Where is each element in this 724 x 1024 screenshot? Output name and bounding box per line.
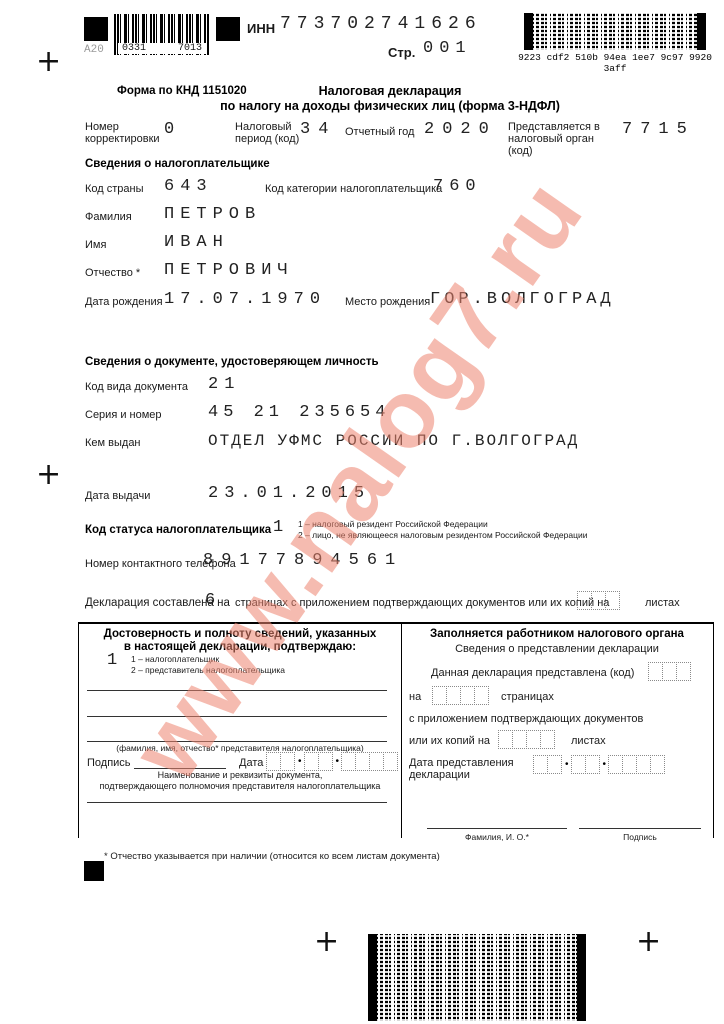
submission-date-label: Дата представления декларации [409, 757, 519, 781]
official-surname-line[interactable] [427, 828, 567, 829]
signature-label: Подпись [87, 757, 131, 769]
copies-label: или их копий на [409, 735, 490, 747]
doc-issued-by-label: Кем выдан [85, 437, 141, 449]
confirm-title-line2: в настоящей декларации, подтверждаю: [79, 641, 401, 654]
taxpayer-section-title: Сведения о налогоплательщике [85, 158, 270, 171]
correction-number-value[interactable]: 0 [164, 121, 180, 139]
attachment-sheets-field[interactable] [578, 591, 620, 610]
form-barcode-num2: 7013 [178, 43, 202, 54]
birthdate-label: Дата рождения [85, 296, 163, 308]
doc-issue-date-label: Дата выдачи [85, 490, 150, 502]
confirm-note-2: 2 – представитель налогоплательщика [131, 665, 285, 676]
cell [605, 591, 620, 610]
dot-separator: • [603, 759, 607, 770]
authority-doc-caption-2: подтверждающего полномочия представителя… [79, 781, 401, 792]
signature-date-field[interactable]: •• [267, 752, 398, 771]
cell [460, 686, 475, 705]
date-day-cells [267, 752, 295, 771]
page-number-value: 001 [423, 40, 472, 58]
registration-cross-mid-left: + [36, 465, 61, 485]
date-day-cells [534, 755, 562, 774]
taxpayer-category-value[interactable]: 760 [433, 178, 482, 196]
official-sheets-label: листах [571, 735, 606, 747]
pdf417-barcode-bottom [368, 934, 586, 1021]
cell [540, 730, 555, 749]
taxpayer-category-label: Код категории налогоплательщика [265, 183, 442, 195]
cell [577, 591, 592, 610]
dot-separator: • [565, 759, 569, 770]
page-number-label: Стр. [388, 45, 415, 60]
form-barcode-numbers: 0331 7013 [118, 43, 206, 54]
date-month-cells [572, 755, 600, 774]
confirm-code-value[interactable]: 1 [107, 652, 117, 670]
official-sheets-field[interactable] [499, 730, 555, 749]
cell [280, 752, 295, 771]
cell [355, 752, 370, 771]
surname-value[interactable]: ПЕТРОВ [164, 206, 261, 224]
country-code-label: Код страны [85, 183, 144, 195]
cell [369, 752, 384, 771]
pages-line-middle: страницах с приложением подтверждающих д… [235, 597, 609, 609]
taxpayer-status-value[interactable]: 1 [273, 519, 283, 537]
firstname-label: Имя [85, 239, 106, 251]
submitted-code-field[interactable] [649, 662, 691, 681]
registration-cross-top-left: + [36, 52, 61, 72]
cell [383, 752, 398, 771]
tax-authority-label: Представляется в налоговый орган (код) [508, 121, 620, 157]
cell [547, 755, 562, 774]
cell [622, 755, 637, 774]
form-barcode: 0331 7013 [114, 14, 210, 55]
date-year-cells [609, 755, 665, 774]
pdf417-barcode-top [524, 13, 706, 50]
cell [341, 752, 356, 771]
doc-series-label: Серия и номер [85, 409, 162, 421]
confirm-title-line1: Достоверность и полноту сведений, указан… [79, 628, 401, 641]
declaration-submitted-label: Данная декларация представлена (код) [431, 667, 634, 679]
status-note-1: 1 – налоговый резидент Российской Федера… [298, 519, 488, 530]
birthplace-value[interactable]: ГОР.ВОЛГОГРАД [430, 291, 615, 309]
dot-separator: • [336, 756, 340, 767]
submission-date-field[interactable]: •• [534, 755, 665, 774]
cell [526, 730, 541, 749]
form-version-label: A20 [84, 44, 104, 56]
date-year-cells [342, 752, 398, 771]
representative-name-line-2[interactable] [87, 716, 387, 717]
cell [266, 752, 281, 771]
registration-cross-bottom-left: + [314, 932, 339, 952]
form-barcode-num1: 0331 [122, 43, 146, 54]
registration-square-bottom-left [84, 861, 104, 881]
official-title: Заполняется работником налогового органа [401, 628, 713, 641]
cell [650, 755, 665, 774]
authority-doc-line[interactable] [87, 802, 387, 803]
section-divider [401, 624, 402, 838]
birthdate-value[interactable]: 17.07.1970 [164, 291, 326, 309]
taxpayer-status-label: Код статуса налогоплательщика [85, 524, 271, 537]
cell [318, 752, 333, 771]
official-pages-field[interactable] [433, 686, 489, 705]
cell [432, 686, 447, 705]
authority-doc-caption-1: Наименование и реквизиты документа, [79, 770, 401, 781]
tax-period-value[interactable]: 34 [300, 121, 336, 139]
cell [446, 686, 461, 705]
birthplace-label: Место рождения [345, 296, 430, 308]
official-signature-caption: Подпись [579, 832, 701, 843]
surname-label: Фамилия [85, 211, 132, 223]
doc-issued-by-value[interactable]: ОТДЕЛ УФМС РОССИИ ПО Г.ВОЛГОГРАД [208, 432, 579, 450]
pages-line-suffix: листах [645, 597, 680, 609]
registration-square-top-left [84, 17, 108, 41]
cell [591, 591, 606, 610]
cell [636, 755, 651, 774]
registration-cross-bottom-right: + [636, 932, 661, 952]
doc-type-code-label: Код вида документа [85, 381, 188, 393]
form-title-line1: Налоговая декларация [190, 85, 590, 98]
cell [498, 730, 513, 749]
registration-square-top-mid [216, 17, 240, 41]
footnote: * Отчество указывается при наличии (отно… [104, 851, 440, 862]
pages-count-value[interactable]: 6 [205, 592, 215, 610]
official-pages-label: страницах [501, 691, 554, 703]
signature-line[interactable] [134, 755, 226, 769]
document-section-title: Сведения о документе, удостоверяющем лич… [85, 356, 379, 369]
confirm-note-1: 1 – налогоплательщик [131, 654, 219, 665]
tax-authority-value[interactable]: 7715 [622, 121, 695, 139]
cell [474, 686, 489, 705]
official-surname-caption: Фамилия, И. О.* [427, 832, 567, 843]
patronymic-label: Отчество * [85, 267, 140, 279]
form-title-line2: по налогу на доходы физических лиц (форм… [120, 100, 660, 113]
tax-declaration-page: + + + + 0331 7013 A20 ИНН 773702741626 С… [0, 0, 724, 1024]
cell [533, 755, 548, 774]
status-note-2: 2 – лицо, не являющееся налоговым резиде… [298, 530, 587, 541]
pdf417-caption: 9223 cdf2 510b 94ea 1ee7 9c97 9920 3aff [518, 52, 712, 74]
report-year-label: Отчетный год [345, 126, 414, 138]
attach-docs-label: с приложением подтверждающих документов [409, 713, 643, 725]
representative-name-line-3[interactable] [87, 741, 387, 742]
dot-separator: • [298, 756, 302, 767]
cell [585, 755, 600, 774]
signature-section: Достоверность и полноту сведений, указан… [78, 622, 714, 838]
doc-type-code-value[interactable]: 21 [208, 376, 240, 394]
on-label: на [409, 691, 421, 703]
official-subtitle: Сведения о представлении декларации [401, 643, 713, 655]
signature-date-label: Дата [239, 757, 263, 769]
representative-name-line-1[interactable] [87, 690, 387, 691]
cell [512, 730, 527, 749]
cell [662, 662, 677, 681]
doc-series-value[interactable]: 45 21 235654 [208, 404, 390, 422]
correction-number-label: Номер корректировки [85, 121, 157, 145]
doc-issue-date-value[interactable]: 23.01.2015 [208, 485, 370, 503]
country-code-value[interactable]: 643 [164, 178, 213, 196]
firstname-value[interactable]: ИВАН [164, 234, 229, 252]
report-year-value[interactable]: 2020 [424, 121, 497, 139]
cell [571, 755, 586, 774]
patronymic-value[interactable]: ПЕТРОВИЧ [164, 262, 294, 280]
official-signature-line[interactable] [579, 828, 701, 829]
inn-label: ИНН [247, 21, 275, 36]
phone-value[interactable]: 89177894561 [203, 552, 403, 570]
cell [648, 662, 663, 681]
cell [608, 755, 623, 774]
cell [676, 662, 691, 681]
inn-value[interactable]: 773702741626 [280, 15, 482, 33]
date-month-cells [305, 752, 333, 771]
cell [304, 752, 319, 771]
